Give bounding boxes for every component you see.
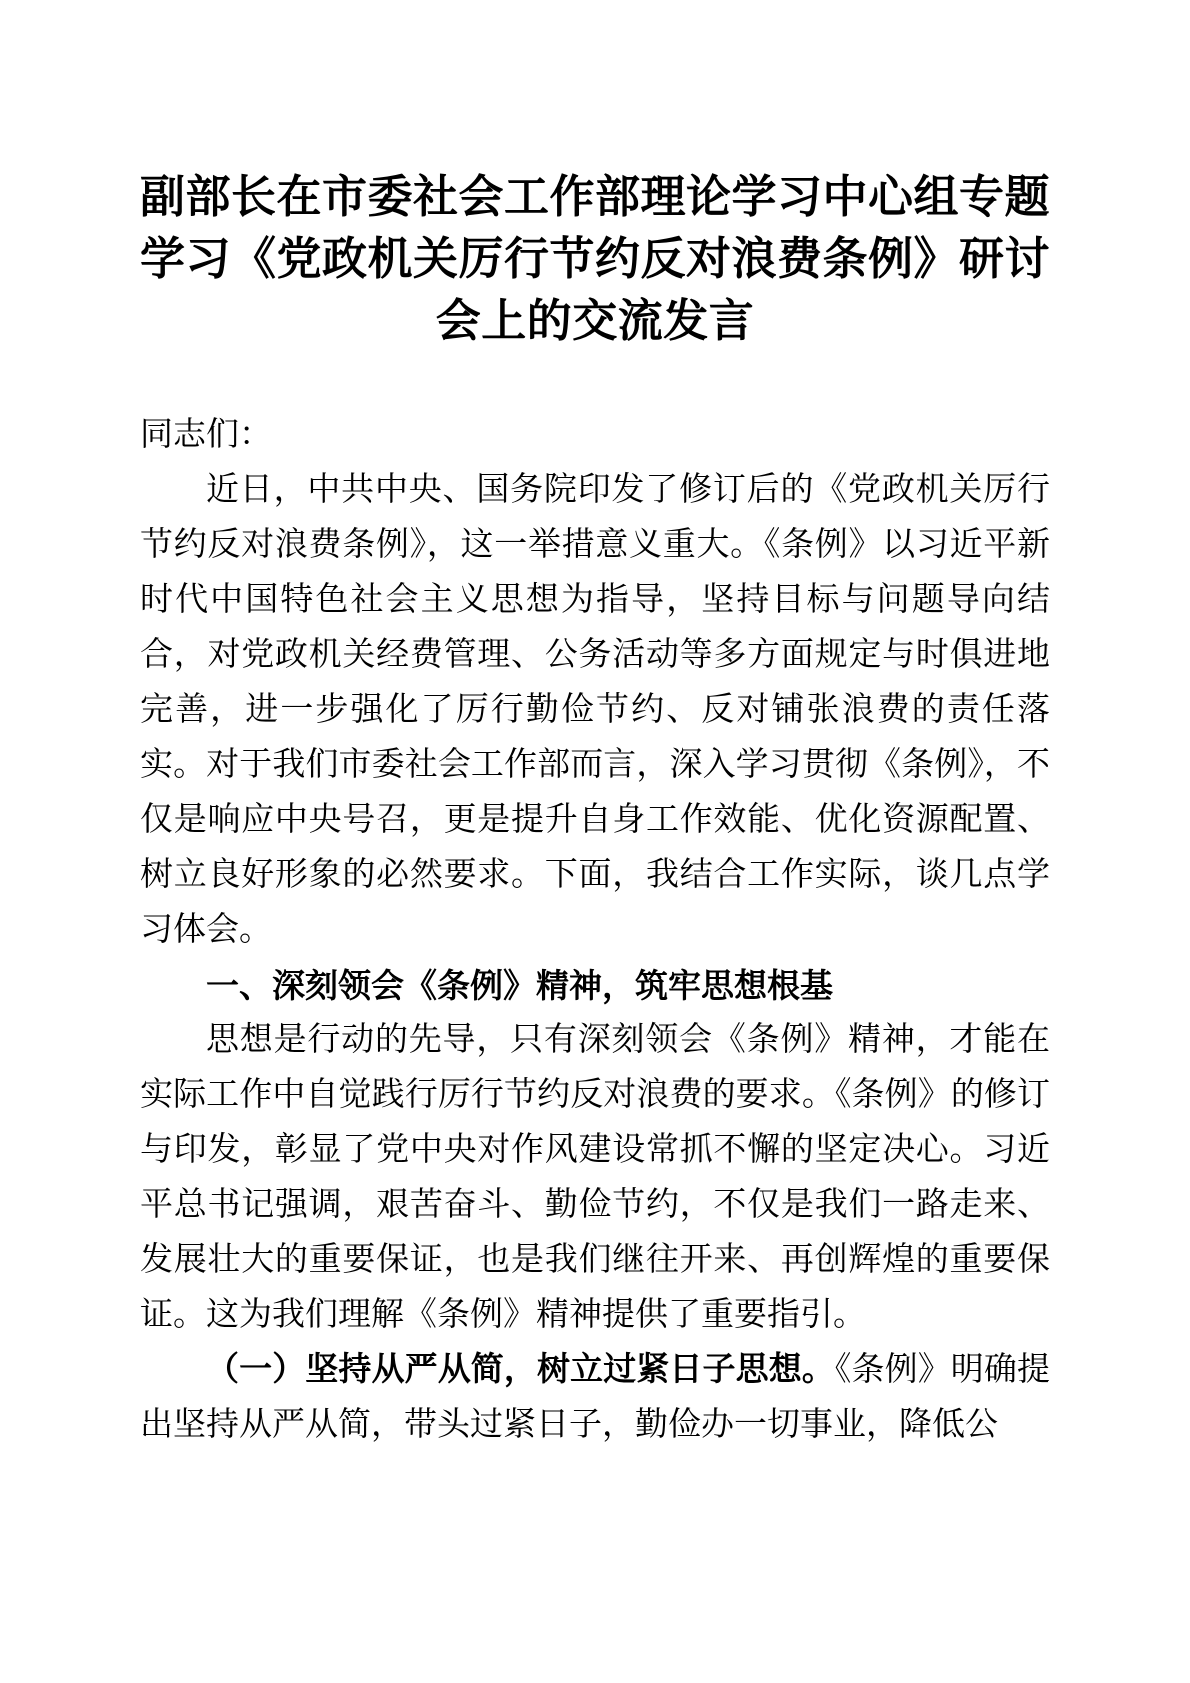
section-heading-1: 一、深刻领会《条例》精神，筑牢思想根基 [140, 958, 1050, 1013]
sub-item-1-lead: （一）坚持从严从简，树立过紧日子思想。 [206, 1352, 835, 1388]
document-body: 同志们： 近日，中共中央、国务院印发了修订后的《党政机关厉行节约反对浪费条例》，… [140, 408, 1050, 1453]
document-title: 副部长在市委社会工作部理论学习中心组专题学习《党政机关厉行节约反对浪费条例》研讨… [140, 166, 1050, 352]
paragraph-intro: 近日，中共中央、国务院印发了修订后的《党政机关厉行节约反对浪费条例》，这一举措意… [140, 463, 1050, 958]
salutation: 同志们： [140, 408, 1050, 463]
document-page: 副部长在市委社会工作部理论学习中心组专题学习《党政机关厉行节约反对浪费条例》研讨… [0, 0, 1190, 1683]
paragraph-section-1: 思想是行动的先导，只有深刻领会《条例》精神，才能在实际工作中自觉践行厉行节约反对… [140, 1013, 1050, 1343]
paragraph-sub-item-1: （一）坚持从严从简，树立过紧日子思想。《条例》明确提出坚持从严从简，带头过紧日子… [140, 1343, 1050, 1453]
